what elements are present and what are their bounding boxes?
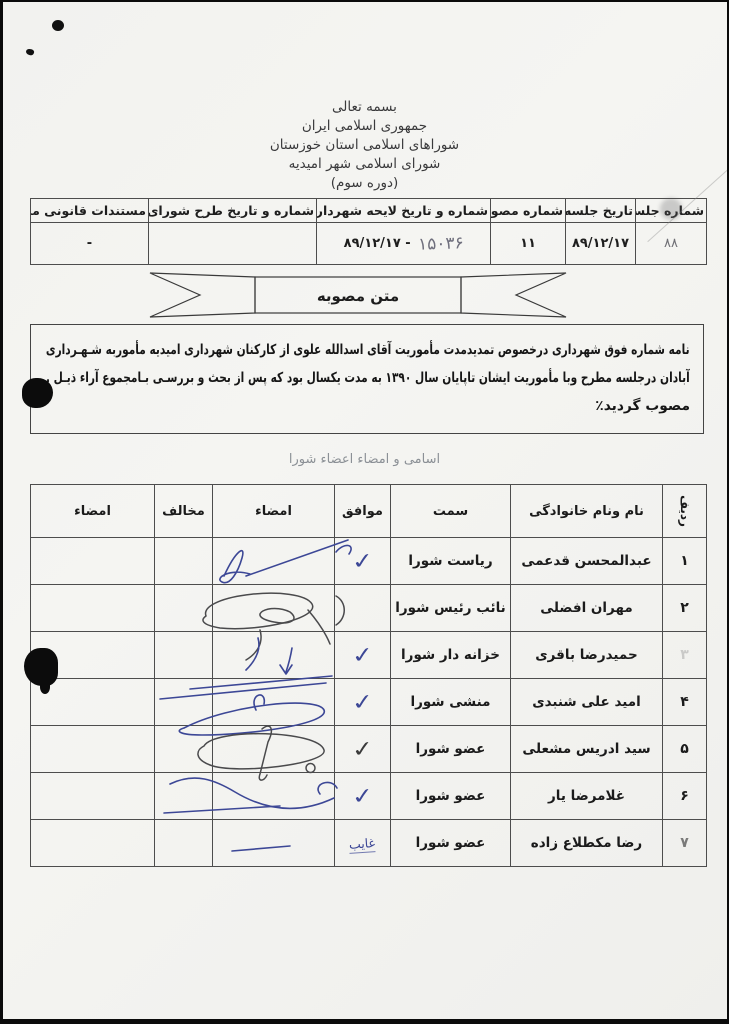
session-number-value: ۸۸ — [636, 223, 707, 265]
oppose-cell — [155, 632, 213, 679]
col-resolution-number: شماره مصوبه — [491, 199, 566, 223]
member-position: نائب رئیس شورا — [391, 585, 511, 632]
row-number: ۴ — [663, 679, 707, 726]
resolution-line-3: مصوب گردید٪ — [44, 392, 690, 420]
oppose-cell — [155, 585, 213, 632]
resolution-line-1: نامه شماره فوق شهرداری درخصوص تمدیدمدت م… — [46, 336, 690, 364]
col-agree: موافق — [335, 485, 391, 538]
member-row: ۳ حمیدرضا باقری خزانه دار شورا ✓ — [31, 632, 707, 679]
member-name: حمیدرضا باقری — [511, 632, 663, 679]
scanned-document-page: بسمه تعالی جمهوری اسلامی ایران شوراهای ا… — [0, 0, 729, 1024]
bill-number-handwritten: ۱۵۰۳۶ — [417, 233, 463, 255]
signatures-table: ردیف نام ونام خانوادگی سمت موافق امضاء م… — [30, 484, 707, 867]
letterhead: بسمه تعالی جمهوری اسلامی ایران شوراهای ا… — [0, 98, 729, 193]
signatures-table-header-row: ردیف نام ونام خانوادگی سمت موافق امضاء م… — [31, 485, 707, 538]
agree-cell: ✓ — [335, 726, 391, 773]
letterhead-line-republic: جمهوری اسلامی ایران — [0, 117, 729, 136]
member-name: امید علی شنبدی — [511, 679, 663, 726]
row-number: ۲ — [663, 585, 707, 632]
agree-checkmark: ✓ — [350, 643, 375, 667]
signature-cell-2 — [31, 726, 155, 773]
col-row-number: ردیف — [663, 485, 707, 538]
member-name: سید ادریس مشعلی — [511, 726, 663, 773]
col-full-name: نام ونام خانوادگی — [511, 485, 663, 538]
agree-cell: ✓ — [335, 679, 391, 726]
col-signature-2: امضاء — [31, 485, 155, 538]
bill-date-printed: ۸۹/۱۲/۱۷ - — [344, 236, 411, 251]
oppose-cell — [155, 679, 213, 726]
row-number: ۱ — [663, 538, 707, 585]
council-plan-value — [149, 223, 317, 265]
ink-speck — [52, 20, 64, 31]
member-position: عضو شورا — [391, 820, 511, 867]
signature-cell-2 — [31, 820, 155, 867]
punch-hole-mark-tail — [40, 680, 50, 694]
agree-checkmark: ✓ — [350, 690, 375, 714]
member-position: عضو شورا — [391, 773, 511, 820]
member-name: رضا مکطلاع زاده — [511, 820, 663, 867]
member-row: ۵ سید ادریس مشعلی عضو شورا ✓ — [31, 726, 707, 773]
member-row: ۲ مهران افضلی نائب رئیس شورا — [31, 585, 707, 632]
oppose-cell — [155, 773, 213, 820]
ink-speck — [25, 48, 35, 56]
col-session-date: تاریخ جلسه — [566, 199, 636, 223]
banner-title: متن مصوبه — [255, 279, 461, 313]
agree-cell: ✓ — [335, 632, 391, 679]
row-number: ۶ — [663, 773, 707, 820]
signature-cell-2 — [31, 585, 155, 632]
scan-edge-bottom — [0, 1019, 729, 1024]
signature-cell-2 — [31, 773, 155, 820]
member-row: ۱ عبدالمحسن قدعمی ریاست شورا ✓ — [31, 538, 707, 585]
col-oppose: مخالف — [155, 485, 213, 538]
signature-cell — [213, 726, 335, 773]
col-bill-number-date: شماره و تاریخ لایحه شهرداری — [317, 199, 491, 223]
resolution-line-2: آبادان درجلسه مطرح وبا مأموریت ایشان تاپ… — [46, 364, 690, 392]
member-row: ۷ رضا مکطلاع زاده عضو شورا غایب — [31, 820, 707, 867]
col-signature: امضاء — [213, 485, 335, 538]
row-number: ۳ — [663, 632, 707, 679]
ink-smudge — [660, 198, 682, 220]
agree-cell: ✓ — [335, 538, 391, 585]
member-name: عبدالمحسن قدعمی — [511, 538, 663, 585]
info-table-value-row: ۸۸ ۸۹/۱۲/۱۷ ۱۱ ۸۹/۱۲/۱۷ - ۱۵۰۳۶ - — [31, 223, 707, 265]
agree-checkmark: ✓ — [350, 737, 375, 761]
signature-cell — [213, 585, 335, 632]
signatures-section-heading: اسامی و امضاء اعضاء شورا — [0, 452, 729, 467]
col-legal-documents: مستندات قانونی مصوبه — [31, 199, 149, 223]
signature-cell — [213, 679, 335, 726]
resolution-number-value: ۱۱ — [491, 223, 566, 265]
agree-cell: غایب — [335, 820, 391, 867]
signature-cell — [213, 820, 335, 867]
agree-cell — [335, 585, 391, 632]
bill-number-date-value: ۸۹/۱۲/۱۷ - ۱۵۰۳۶ — [317, 223, 491, 265]
info-table-header-row: شماره جلسه تاریخ جلسه شماره مصوبه شماره … — [31, 199, 707, 223]
resolution-body-box: نامه شماره فوق شهرداری درخصوص تمدیدمدت م… — [30, 324, 704, 434]
member-row: ۴ امید علی شنبدی منشی شورا ✓ — [31, 679, 707, 726]
oppose-cell — [155, 820, 213, 867]
session-info-table: شماره جلسه تاریخ جلسه شماره مصوبه شماره … — [30, 198, 707, 265]
member-name: غلامرضا یار — [511, 773, 663, 820]
absent-annotation: غایب — [349, 837, 376, 853]
signature-cell-2 — [31, 538, 155, 585]
member-position: ریاست شورا — [391, 538, 511, 585]
signature-cell — [213, 538, 335, 585]
signature-cell — [213, 773, 335, 820]
row-number: ۵ — [663, 726, 707, 773]
oppose-cell — [155, 538, 213, 585]
agree-checkmark: ✓ — [350, 549, 375, 573]
signature-cell — [213, 632, 335, 679]
legal-documents-value: - — [31, 223, 149, 265]
member-position: عضو شورا — [391, 726, 511, 773]
letterhead-line-city-council: شورای اسلامی شهر امیدیه — [0, 155, 729, 174]
letterhead-line-bismillah: بسمه تعالی — [0, 98, 729, 117]
scan-edge-left — [0, 0, 3, 1024]
member-name: مهران افضلی — [511, 585, 663, 632]
oppose-cell — [155, 726, 213, 773]
scan-edge-top — [0, 0, 729, 2]
resolution-text-banner: متن مصوبه — [148, 272, 568, 318]
row-number: ۷ — [663, 820, 707, 867]
member-row: ۶ غلامرضا یار عضو شورا ✓ — [31, 773, 707, 820]
col-council-plan-number-date: شماره و تاریخ طرح شورای اسلامی — [149, 199, 317, 223]
agree-cell: ✓ — [335, 773, 391, 820]
letterhead-line-province-councils: شوراهای اسلامی استان خوزستان — [0, 136, 729, 155]
session-date-value: ۸۹/۱۲/۱۷ — [566, 223, 636, 265]
col-position: سمت — [391, 485, 511, 538]
member-position: منشی شورا — [391, 679, 511, 726]
member-position: خزانه دار شورا — [391, 632, 511, 679]
agree-checkmark: ✓ — [350, 784, 375, 808]
letterhead-line-term: (دوره سوم) — [0, 174, 729, 193]
